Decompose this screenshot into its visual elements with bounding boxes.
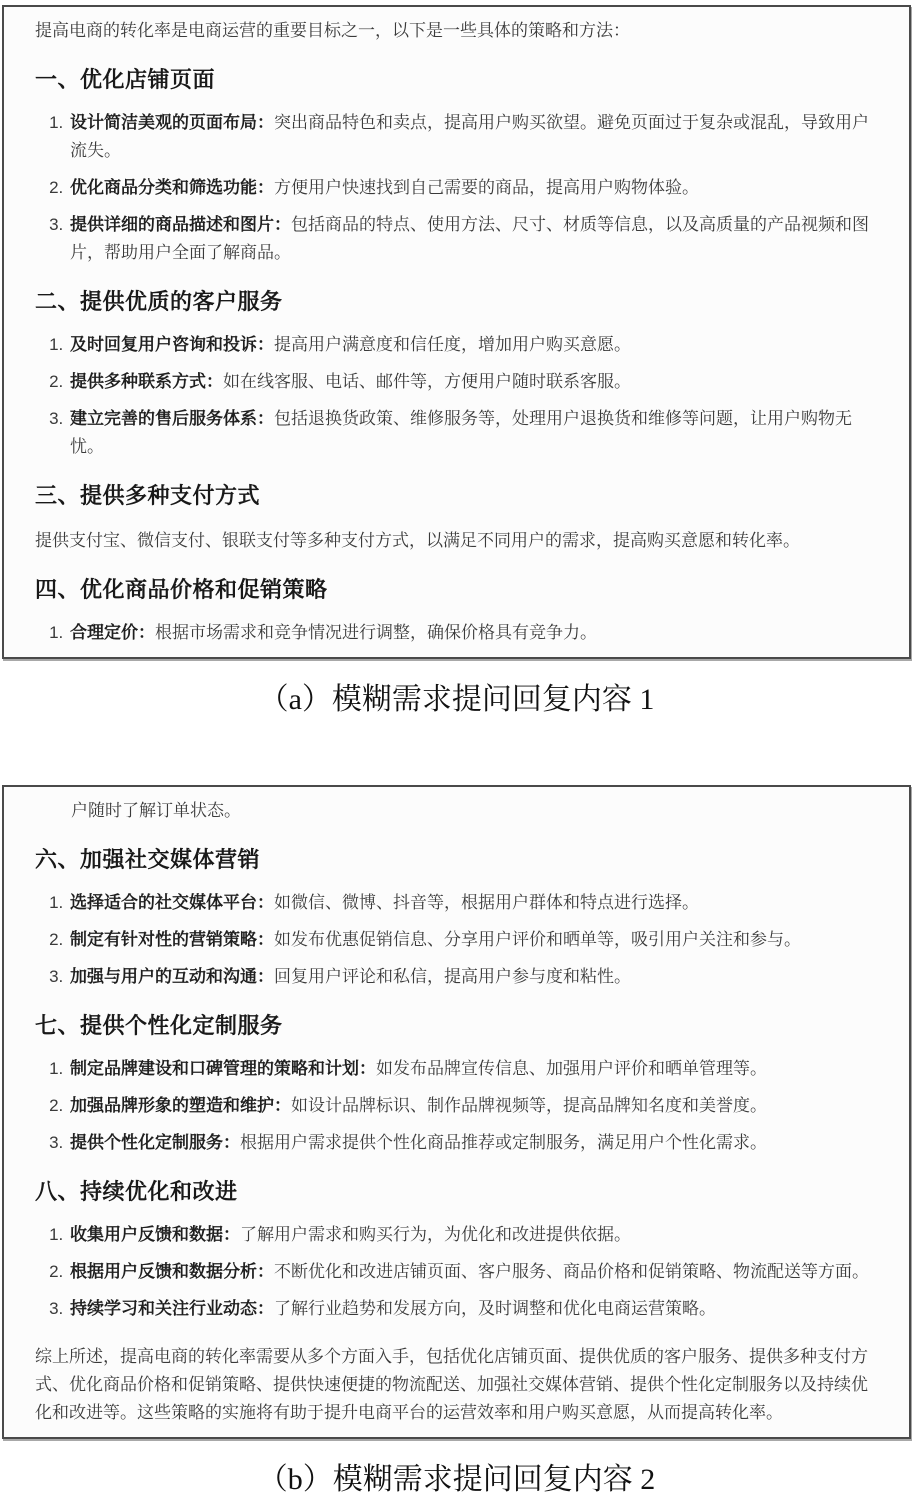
list-item: 加强与用户的互动和沟通：回复用户评论和私信，提高用户参与度和粘性。 <box>68 963 879 991</box>
panel-b-list-2: 制定品牌建设和口碑管理的策略和计划：如发布品牌宣传信息、加强用户评价和晒单管理等… <box>35 1055 879 1157</box>
item-text: 根据市场需求和竞争情况进行调整，确保价格具有竞争力。 <box>155 623 597 642</box>
list-item: 提供详细的商品描述和图片：包括商品的特点、使用方法、尺寸、材质等信息，以及高质量… <box>68 211 879 267</box>
figure-caption-a: （a）模糊需求提问回复内容 1 <box>2 679 911 721</box>
item-label: 持续学习和关注行业动态： <box>70 1299 274 1318</box>
item-text: 如发布优惠促销信息、分享用户评价和晒单等，吸引用户关注和参与。 <box>274 930 801 949</box>
item-text: 如在线客服、电话、邮件等，方便用户随时联系客服。 <box>223 372 631 391</box>
panel-a-list-2: 及时回复用户咨询和投诉：提高用户满意度和信任度，增加用户购买意愿。 提供多种联系… <box>35 331 879 461</box>
item-label: 选择适合的社交媒体平台： <box>70 893 274 912</box>
item-label: 制定有针对性的营销策略： <box>70 930 274 949</box>
panel-b-list-1: 选择适合的社交媒体平台：如微信、微博、抖音等，根据用户群体和特点进行选择。 制定… <box>35 889 879 991</box>
panel-b-list-3: 收集用户反馈和数据：了解用户需求和购买行为，为优化和改进提供依据。 根据用户反馈… <box>35 1221 879 1323</box>
panel-a: 提高电商的转化率是电商运营的重要目标之一，以下是一些具体的策略和方法： 一、优化… <box>2 5 911 659</box>
list-item: 加强品牌形象的塑造和维护：如设计品牌标识、制作品牌视频等，提高品牌知名度和美誉度… <box>68 1092 879 1120</box>
item-label: 加强品牌形象的塑造和维护： <box>70 1096 291 1115</box>
item-text: 根据用户需求提供个性化商品推荐或定制服务，满足用户个性化需求。 <box>240 1133 767 1152</box>
item-text: 了解行业趋势和发展方向，及时调整和优化电商运营策略。 <box>274 1299 716 1318</box>
panel-a-intro: 提高电商的转化率是电商运营的重要目标之一，以下是一些具体的策略和方法： <box>35 17 879 45</box>
panel-b-heading-1: 六、加强社交媒体营销 <box>35 845 879 875</box>
item-label: 根据用户反馈和数据分析： <box>70 1262 274 1281</box>
panel-a-list-1: 设计简洁美观的页面布局：突出商品特色和卖点，提高用户购买欲望。避免页面过于复杂或… <box>35 109 879 267</box>
item-label: 建立完善的售后服务体系： <box>70 409 274 428</box>
list-item: 收集用户反馈和数据：了解用户需求和购买行为，为优化和改进提供依据。 <box>68 1221 879 1249</box>
item-text: 不断优化和改进店铺页面、客户服务、商品价格和促销策略、物流配送等方面。 <box>274 1262 869 1281</box>
panel-a-heading-4: 四、优化商品价格和促销策略 <box>35 575 879 605</box>
panel-b-heading-2: 七、提供个性化定制服务 <box>35 1011 879 1041</box>
list-item: 提供个性化定制服务：根据用户需求提供个性化商品推荐或定制服务，满足用户个性化需求… <box>68 1129 879 1157</box>
list-item: 选择适合的社交媒体平台：如微信、微博、抖音等，根据用户群体和特点进行选择。 <box>68 889 879 917</box>
item-label: 优化商品分类和筛选功能： <box>70 178 274 197</box>
panel-a-paragraph: 提供支付宝、微信支付、银联支付等多种支付方式，以满足不同用户的需求，提高购买意愿… <box>35 527 879 555</box>
figure: 提高电商的转化率是电商运营的重要目标之一，以下是一些具体的策略和方法： 一、优化… <box>0 0 914 1501</box>
panel-b-summary: 综上所述，提高电商的转化率需要从多个方面入手，包括优化店铺页面、提供优质的客户服… <box>35 1343 879 1427</box>
list-item: 优化商品分类和筛选功能：方便用户快速找到自己需要的商品，提高用户购物体验。 <box>68 174 879 202</box>
item-label: 加强与用户的互动和沟通： <box>70 967 274 986</box>
list-item: 制定有针对性的营销策略：如发布优惠促销信息、分享用户评价和晒单等，吸引用户关注和… <box>68 926 879 954</box>
item-label: 收集用户反馈和数据： <box>70 1225 240 1244</box>
panel-a-heading-2: 二、提供优质的客户服务 <box>35 287 879 317</box>
item-text: 如发布品牌宣传信息、加强用户评价和晒单管理等。 <box>376 1059 767 1078</box>
list-item: 设计简洁美观的页面布局：突出商品特色和卖点，提高用户购买欲望。避免页面过于复杂或… <box>68 109 879 165</box>
panel-a-heading-3: 三、提供多种支付方式 <box>35 481 879 511</box>
panel-b: 户随时了解订单状态。 六、加强社交媒体营销 选择适合的社交媒体平台：如微信、微博… <box>2 785 911 1439</box>
list-item: 制定品牌建设和口碑管理的策略和计划：如发布品牌宣传信息、加强用户评价和晒单管理等… <box>68 1055 879 1083</box>
list-item: 及时回复用户咨询和投诉：提高用户满意度和信任度，增加用户购买意愿。 <box>68 331 879 359</box>
item-label: 及时回复用户咨询和投诉： <box>70 335 274 354</box>
item-label: 提供个性化定制服务： <box>70 1133 240 1152</box>
item-text: 回复用户评论和私信，提高用户参与度和粘性。 <box>274 967 631 986</box>
panel-a-heading-1: 一、优化店铺页面 <box>35 65 879 95</box>
item-label: 制定品牌建设和口碑管理的策略和计划： <box>70 1059 376 1078</box>
list-item: 合理定价：根据市场需求和竞争情况进行调整，确保价格具有竞争力。 <box>68 619 879 647</box>
item-text: 提高用户满意度和信任度，增加用户购买意愿。 <box>274 335 631 354</box>
list-item: 根据用户反馈和数据分析：不断优化和改进店铺页面、客户服务、商品价格和促销策略、物… <box>68 1258 879 1286</box>
item-text: 如微信、微博、抖音等，根据用户群体和特点进行选择。 <box>274 893 699 912</box>
item-label: 合理定价： <box>70 623 155 642</box>
list-item: 建立完善的售后服务体系：包括退换货政策、维修服务等，处理用户退换货和维修等问题，… <box>68 405 879 461</box>
item-label: 设计简洁美观的页面布局： <box>70 113 274 132</box>
panel-b-continuation: 户随时了解订单状态。 <box>71 797 879 825</box>
panel-b-heading-3: 八、持续优化和改进 <box>35 1177 879 1207</box>
item-label: 提供详细的商品描述和图片： <box>70 215 291 234</box>
figure-caption-b: （b）模糊需求提问回复内容 2 <box>2 1459 911 1501</box>
item-label: 提供多种联系方式： <box>70 372 223 391</box>
panel-a-list-3: 合理定价：根据市场需求和竞争情况进行调整，确保价格具有竞争力。 <box>35 619 879 647</box>
list-item: 持续学习和关注行业动态：了解行业趋势和发展方向，及时调整和优化电商运营策略。 <box>68 1295 879 1323</box>
item-text: 方便用户快速找到自己需要的商品，提高用户购物体验。 <box>274 178 699 197</box>
list-item: 提供多种联系方式：如在线客服、电话、邮件等，方便用户随时联系客服。 <box>68 368 879 396</box>
item-text: 如设计品牌标识、制作品牌视频等，提高品牌知名度和美誉度。 <box>291 1096 767 1115</box>
item-text: 了解用户需求和购买行为，为优化和改进提供依据。 <box>240 1225 631 1244</box>
